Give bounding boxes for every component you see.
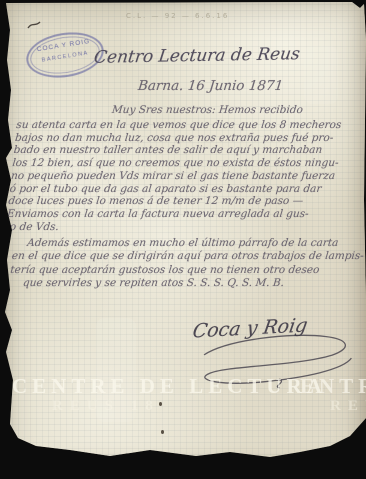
letter-salutation: Muy Sres nuestros: Hemos recibido: [111, 104, 303, 116]
letter-line: doce luces pues lo menos á de tener 12 m…: [8, 195, 361, 208]
pen-tick-mark: [26, 20, 42, 32]
ink-speck: [159, 402, 162, 406]
embossed-seal-ghost: [304, 46, 338, 104]
letter-paragraph-1: su atenta carta en la que vemos que dice…: [5, 119, 366, 233]
letter-dateline: Barna. 16 Junio 1871: [137, 78, 284, 94]
pencil-archive-note: C.L. — 92 — 6.6.16: [126, 12, 229, 20]
letter-line: bado en nuestro taller antes de salir de…: [13, 144, 366, 157]
letter-line: no pequeño pueden Vds mirar si el gas ti…: [10, 170, 363, 183]
letter-line: su atenta carta en la que vemos que dice…: [16, 119, 366, 132]
letter-addressee: Centro Lectura de Reus: [93, 44, 301, 68]
watermark-fragment-right-bottom: REU: [330, 398, 366, 415]
letter-line: Enviamos con la carta la factura nueva a…: [6, 208, 359, 221]
watermark-fragment-right: ENTRE L: [300, 374, 366, 399]
scanned-letter: C.L. — 92 — 6.6.16 COCA Y ROIG BARCELONA…: [0, 0, 366, 479]
watermark-centre-de-lectura: CENTRE DE LECTURA: [12, 374, 327, 399]
letter-line: tería que aceptarán gustosos los que no …: [10, 264, 363, 277]
watermark-reus: REUS 18: [52, 398, 160, 415]
letter-line: en el que dice que se dirigirán aquí par…: [11, 250, 364, 263]
letter-line: Además estimamos en mucho el último párr…: [12, 237, 365, 250]
letter-line: los 12 bien, así que no creemos que no e…: [12, 157, 365, 170]
letter-paragraph-2: Además estimamos en mucho el último párr…: [8, 237, 366, 291]
letter-paper: C.L. — 92 — 6.6.16 COCA Y ROIG BARCELONA…: [0, 0, 366, 479]
letter-line: ó por el tubo que da gas al aparato si e…: [9, 183, 362, 196]
letter-line: que servirles y se repiten atos S. S. S.…: [8, 277, 361, 290]
letter-line: bajos no dan mucha luz, cosa que nos ext…: [14, 132, 366, 145]
letter-line: to de Vds.: [5, 221, 358, 234]
ink-speck: [161, 430, 164, 434]
